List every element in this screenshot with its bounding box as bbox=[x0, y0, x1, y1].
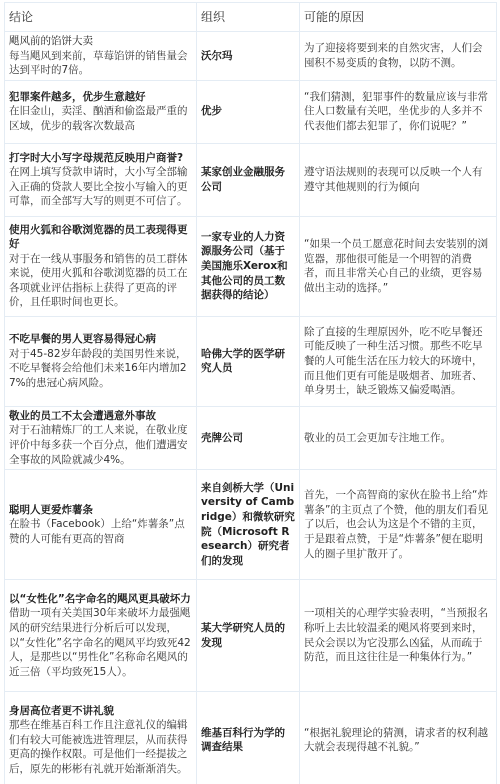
findings-table: 结论 组织 可能的原因 飓风前的馅饼大卖 每当飓风到来前，草莓馅饼的销售量会达到… bbox=[4, 2, 497, 784]
organization-cell: 沃尔玛 bbox=[197, 32, 300, 81]
conclusion-title: 以“女性化”名字命名的飓风更具破坏力 bbox=[9, 592, 192, 607]
organization-cell: 维基百科行为学的调查结果 bbox=[197, 692, 300, 784]
conclusion-desc: 对于石油精炼厂的工人来说，在敬业度评价中每多获一个百分点，他们遭遇安全事故的风险… bbox=[9, 423, 192, 467]
conclusion-cell: 打字时大小写字母规范反映用户商誉? 在网上填写贷款申请时，大小写全部输入正确的贷… bbox=[5, 143, 197, 216]
organization-cell: 一家专业的人力资源服务公司（基于美国施乐Xerox和其他公司的员工数据获得的结论… bbox=[197, 216, 300, 316]
conclusion-desc: 在脸书（Facebook）上给“炸薯条”点赞的人可能有更高的智商 bbox=[9, 517, 192, 546]
conclusion-desc: 在网上填写贷款申请时，大小写全部输入正确的贷款人要比全按小写输入的更可靠，而全部… bbox=[9, 165, 192, 209]
conclusion-cell: 使用火狐和谷歌浏览器的员工表现得更好 对于在一线从事服务和销售的员工群体来说，使… bbox=[5, 216, 197, 316]
conclusion-title: 犯罪案件越多，优步生意越好 bbox=[9, 90, 192, 105]
table-row: 以“女性化”名字命名的飓风更具破坏力 借助一项有关美国30年来破坏力最强飓风的研… bbox=[5, 580, 497, 692]
conclusion-title: 不吃早餐的男人更容易得冠心病 bbox=[9, 332, 192, 347]
conclusion-desc: 在旧金山，卖淫、酗酒和偷盗最严重的区域，优步的载客次数最高 bbox=[9, 104, 192, 133]
conclusion-cell: 以“女性化”名字命名的飓风更具破坏力 借助一项有关美国30年来破坏力最强飓风的研… bbox=[5, 580, 197, 692]
conclusion-title: 身居高位者更不讲礼貌 bbox=[9, 704, 192, 719]
reason-cell: 遵守语法规则的表现可以反映一个人有遵守其他规则的行为倾向 bbox=[300, 143, 497, 216]
conclusion-cell: 敬业的员工不太会遭遇意外事故 对于石油精炼厂的工人来说，在敬业度评价中每多获一个… bbox=[5, 406, 197, 469]
conclusion-desc: 对于在一线从事服务和销售的员工群体来说，使用火狐和谷歌浏览器的员工在各项就业评估… bbox=[9, 252, 192, 310]
conclusion-title: 敬业的员工不太会遭遇意外事故 bbox=[9, 409, 192, 424]
conclusion-desc: 每当飓风到来前，草莓馅饼的销售量会达到平时的7倍。 bbox=[9, 49, 192, 78]
conclusion-title: 打字时大小写字母规范反映用户商誉? bbox=[9, 151, 192, 166]
conclusion-title: 使用火狐和谷歌浏览器的员工表现得更好 bbox=[9, 223, 192, 252]
table-row: 敬业的员工不太会遭遇意外事故 对于石油精炼厂的工人来说，在敬业度评价中每多获一个… bbox=[5, 406, 497, 469]
table-row: 聪明人更爱炸薯条 在脸书（Facebook）上给“炸薯条”点赞的人可能有更高的智… bbox=[5, 470, 497, 580]
conclusion-cell: 身居高位者更不讲礼貌 那些在维基百科工作且注意礼仪的编辑们有较大可能被选进管理层… bbox=[5, 692, 197, 784]
reason-cell: 一项相关的心理学实验表明，“当预报名称听上去比较温柔的飓风将要到来时，民众会误以… bbox=[300, 580, 497, 692]
conclusion-cell: 飓风前的馅饼大卖 每当飓风到来前，草莓馅饼的销售量会达到平时的7倍。 bbox=[5, 32, 197, 81]
table-row: 犯罪案件越多，优步生意越好 在旧金山，卖淫、酗酒和偷盗最严重的区域，优步的载客次… bbox=[5, 80, 497, 143]
reason-cell: “我们猜测，犯罪事件的数量应该与非常住人口数量有关吧，坐优步的人多并不代表他们都… bbox=[300, 80, 497, 143]
table-row: 使用火狐和谷歌浏览器的员工表现得更好 对于在一线从事服务和销售的员工群体来说，使… bbox=[5, 216, 497, 316]
reason-cell: 除了直接的生理原因外，吃不吃早餐还可能反映了一种生活习惯。那些不吃早餐的人可能生… bbox=[300, 316, 497, 406]
conclusion-cell: 不吃早餐的男人更容易得冠心病 对于45-82岁年龄段的美国男性来说，不吃早餐将会… bbox=[5, 316, 197, 406]
table-header-row: 结论 组织 可能的原因 bbox=[5, 3, 497, 32]
conclusion-cell: 聪明人更爱炸薯条 在脸书（Facebook）上给“炸薯条”点赞的人可能有更高的智… bbox=[5, 470, 197, 580]
header-possible-reason: 可能的原因 bbox=[300, 3, 497, 32]
header-organization: 组织 bbox=[197, 3, 300, 32]
table-row: 飓风前的馅饼大卖 每当飓风到来前，草莓馅饼的销售量会达到平时的7倍。 沃尔玛 为… bbox=[5, 32, 497, 81]
conclusion-desc: 借助一项有关美国30年来破坏力最强飓风的研究结果进行分析后可以发现，以“女性化”… bbox=[9, 606, 192, 679]
table-row: 打字时大小写字母规范反映用户商誉? 在网上填写贷款申请时，大小写全部输入正确的贷… bbox=[5, 143, 497, 216]
organization-cell: 某家创业金融服务公司 bbox=[197, 143, 300, 216]
organization-cell: 某大学研究人员的发现 bbox=[197, 580, 300, 692]
table-row: 不吃早餐的男人更容易得冠心病 对于45-82岁年龄段的美国男性来说，不吃早餐将会… bbox=[5, 316, 497, 406]
conclusion-desc: 那些在维基百科工作且注意礼仪的编辑们有较大可能被选进管理层，从而获得更高的操作权… bbox=[9, 718, 192, 776]
reason-cell: 首先，一个高智商的家伙在脸书上给“炸薯条”的主页点了个赞，他的朋友们看见了以后，… bbox=[300, 470, 497, 580]
reason-cell: 为了迎接将要到来的自然灾害，人们会囤积不易变质的食物，以防不测。 bbox=[300, 32, 497, 81]
conclusion-desc: 对于45-82岁年龄段的美国男性来说，不吃早餐将会给他们未来16年内增加27%的… bbox=[9, 347, 192, 391]
table-row: 身居高位者更不讲礼貌 那些在维基百科工作且注意礼仪的编辑们有较大可能被选进管理层… bbox=[5, 692, 497, 784]
conclusion-title: 飓风前的馅饼大卖 bbox=[9, 34, 192, 49]
organization-cell: 来自剑桥大学（University of Cambridge）和微软研究院（Mi… bbox=[197, 470, 300, 580]
reason-cell: “如果一个员工愿意花时间去安装别的浏览器，那他很可能是一个明智的消费者，而且非常… bbox=[300, 216, 497, 316]
header-conclusion: 结论 bbox=[5, 3, 197, 32]
reason-cell: 敬业的员工会更加专注地工作。 bbox=[300, 406, 497, 469]
conclusion-title: 聪明人更爱炸薯条 bbox=[9, 503, 192, 518]
organization-cell: 壳牌公司 bbox=[197, 406, 300, 469]
organization-cell: 哈佛大学的医学研究人员 bbox=[197, 316, 300, 406]
reason-cell: “根据礼貌理论的猜测，请求者的权利越大就会表现得越不礼貌。” bbox=[300, 692, 497, 784]
findings-table-container: 结论 组织 可能的原因 飓风前的馅饼大卖 每当飓风到来前，草莓馅饼的销售量会达到… bbox=[4, 0, 496, 784]
conclusion-cell: 犯罪案件越多，优步生意越好 在旧金山，卖淫、酗酒和偷盗最严重的区域，优步的载客次… bbox=[5, 80, 197, 143]
organization-cell: 优步 bbox=[197, 80, 300, 143]
